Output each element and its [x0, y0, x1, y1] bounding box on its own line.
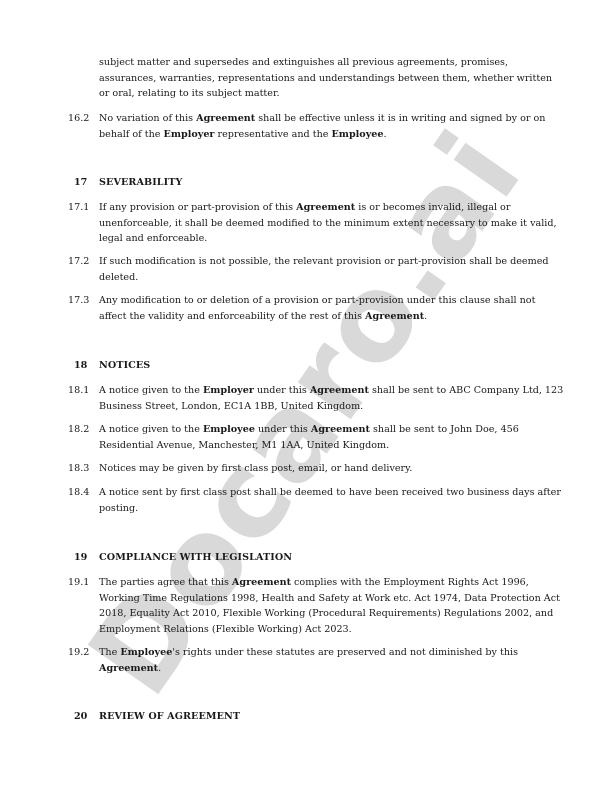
text-run: deleted. [99, 272, 138, 283]
clause-number: 17.2 [68, 254, 96, 270]
defined-term: Agreement [296, 202, 355, 213]
text-line: A notice given to the Employee under thi… [99, 422, 541, 438]
text-run: If any provision or part-provision of th… [99, 202, 296, 213]
defined-term: Employer [164, 129, 215, 140]
clause-text: The Employee's rights under these statut… [99, 645, 541, 676]
clause-number: 18.2 [68, 422, 96, 438]
text-line: 2018, Equality Act 2010, Flexible Workin… [99, 606, 541, 622]
text-run: posting. [99, 503, 138, 514]
text-line: No variation of this Agreement shall be … [99, 111, 541, 127]
section-title: COMPLIANCE WITH LEGISLATION [99, 550, 541, 566]
clause-number: 18.4 [68, 485, 96, 501]
text-run: legal and enforceable. [99, 233, 207, 244]
text-run: . [158, 663, 161, 674]
section-title: REVIEW OF AGREEMENT [99, 709, 541, 725]
text-line: Business Street, London, EC1A 1BB, Unite… [99, 399, 541, 415]
text-line: Employment Relations (Flexible Working) … [99, 622, 541, 638]
clause-number: 17.3 [68, 293, 96, 309]
text-run: under this [254, 385, 310, 396]
document-page: Docaro.ai subject matter and supersedes … [0, 0, 612, 792]
text-run: behalf of the [99, 129, 164, 140]
text-run: Business Street, London, EC1A 1BB, Unite… [99, 401, 363, 412]
defined-term: Employee [331, 129, 383, 140]
text-run: shall be effective unless it is in writi… [255, 113, 545, 124]
text-run: affect the validity and enforceability o… [99, 311, 365, 322]
text-line: deleted. [99, 270, 541, 286]
text-run: representative and the [214, 129, 331, 140]
clause-number: 18.1 [68, 383, 96, 399]
defined-term: Employer [203, 385, 254, 396]
clause-number: 17.1 [68, 200, 96, 216]
defined-term: Employee [120, 647, 172, 658]
section-title: SEVERABILITY [99, 175, 541, 191]
defined-term: Employee [203, 424, 255, 435]
text-line: assurances, warranties, representations … [99, 71, 541, 87]
defined-term: Agreement [311, 424, 370, 435]
text-run: A notice given to the [99, 385, 203, 396]
text-run: If such modification is not possible, th… [99, 256, 549, 267]
text-run: No variation of this [99, 113, 196, 124]
text-line: Agreement. [99, 661, 541, 677]
clause-number: 19.1 [68, 575, 96, 591]
defined-term: Agreement [365, 311, 424, 322]
text-run: A notice sent by first class post shall … [99, 487, 561, 498]
clause-text: If any provision or part-provision of th… [99, 200, 541, 247]
text-line: Working Time Regulations 1998, Health an… [99, 591, 541, 607]
text-run: under this [255, 424, 311, 435]
section-number: 18 [74, 358, 102, 374]
text-line: or oral, relating to its subject matter. [99, 86, 541, 102]
section-number: 17 [74, 175, 102, 191]
text-line: The parties agree that this Agreement co… [99, 575, 541, 591]
text-line: Any modification to or deletion of a pro… [99, 293, 541, 309]
text-run: 2018, Equality Act 2010, Flexible Workin… [99, 608, 553, 619]
clause-text: If such modification is not possible, th… [99, 254, 541, 285]
text-run: Employment Relations (Flexible Working) … [99, 624, 352, 635]
clause-text: A notice given to the Employer under thi… [99, 383, 541, 414]
clause-text: Any modification to or deletion of a pro… [99, 293, 541, 324]
text-line: The Employee's rights under these statut… [99, 645, 541, 661]
defined-term: Agreement [232, 577, 291, 588]
clause-text: The parties agree that this Agreement co… [99, 575, 541, 637]
text-line: affect the validity and enforceability o… [99, 309, 541, 325]
text-line: posting. [99, 501, 541, 517]
clause-text: A notice sent by first class post shall … [99, 485, 541, 516]
defined-term: Agreement [196, 113, 255, 124]
text-run: shall be sent to ABC Company Ltd, 123 [369, 385, 563, 396]
text-line: If such modification is not possible, th… [99, 254, 541, 270]
text-run: The parties agree that this [99, 577, 232, 588]
text-line: Notices may be given by first class post… [99, 461, 541, 477]
text-line: unenforceable, it shall be deemed modifi… [99, 216, 541, 232]
clause-number: 16.2 [68, 111, 96, 127]
defined-term: Agreement [99, 663, 158, 674]
text-run: A notice given to the [99, 424, 203, 435]
defined-term: Agreement [310, 385, 369, 396]
text-line: Residential Avenue, Manchester, M1 1AA, … [99, 438, 541, 454]
text-line: A notice given to the Employer under thi… [99, 383, 541, 399]
section-number: 19 [74, 550, 102, 566]
text-run: The [99, 647, 120, 658]
text-run: Residential Avenue, Manchester, M1 1AA, … [99, 440, 389, 451]
clause-text: A notice given to the Employee under thi… [99, 422, 541, 453]
clause-text: Notices may be given by first class post… [99, 461, 541, 477]
text-run: Working Time Regulations 1998, Health an… [99, 593, 560, 604]
text-line: legal and enforceable. [99, 231, 541, 247]
text-run: . [424, 311, 427, 322]
text-run: . [383, 129, 386, 140]
section-number: 20 [74, 709, 102, 725]
clause-number: 18.3 [68, 461, 96, 477]
text-run: 's rights under these statutes are prese… [172, 647, 518, 658]
text-run: Any modification to or deletion of a pro… [99, 295, 535, 306]
text-line: behalf of the Employer representative an… [99, 127, 541, 143]
clause-text: No variation of this Agreement shall be … [99, 111, 541, 142]
text-run: Notices may be given by first class post… [99, 463, 412, 474]
clause-text: subject matter and supersedes and exting… [99, 55, 541, 102]
text-line: subject matter and supersedes and exting… [99, 55, 541, 71]
text-run: is or becomes invalid, illegal or [355, 202, 510, 213]
text-line: A notice sent by first class post shall … [99, 485, 541, 501]
text-line: If any provision or part-provision of th… [99, 200, 541, 216]
section-title: NOTICES [99, 358, 541, 374]
clause-number: 19.2 [68, 645, 96, 661]
text-run: complies with the Employment Rights Act … [291, 577, 529, 588]
text-run: shall be sent to John Doe, 456 [370, 424, 519, 435]
text-run: unenforceable, it shall be deemed modifi… [99, 218, 557, 229]
